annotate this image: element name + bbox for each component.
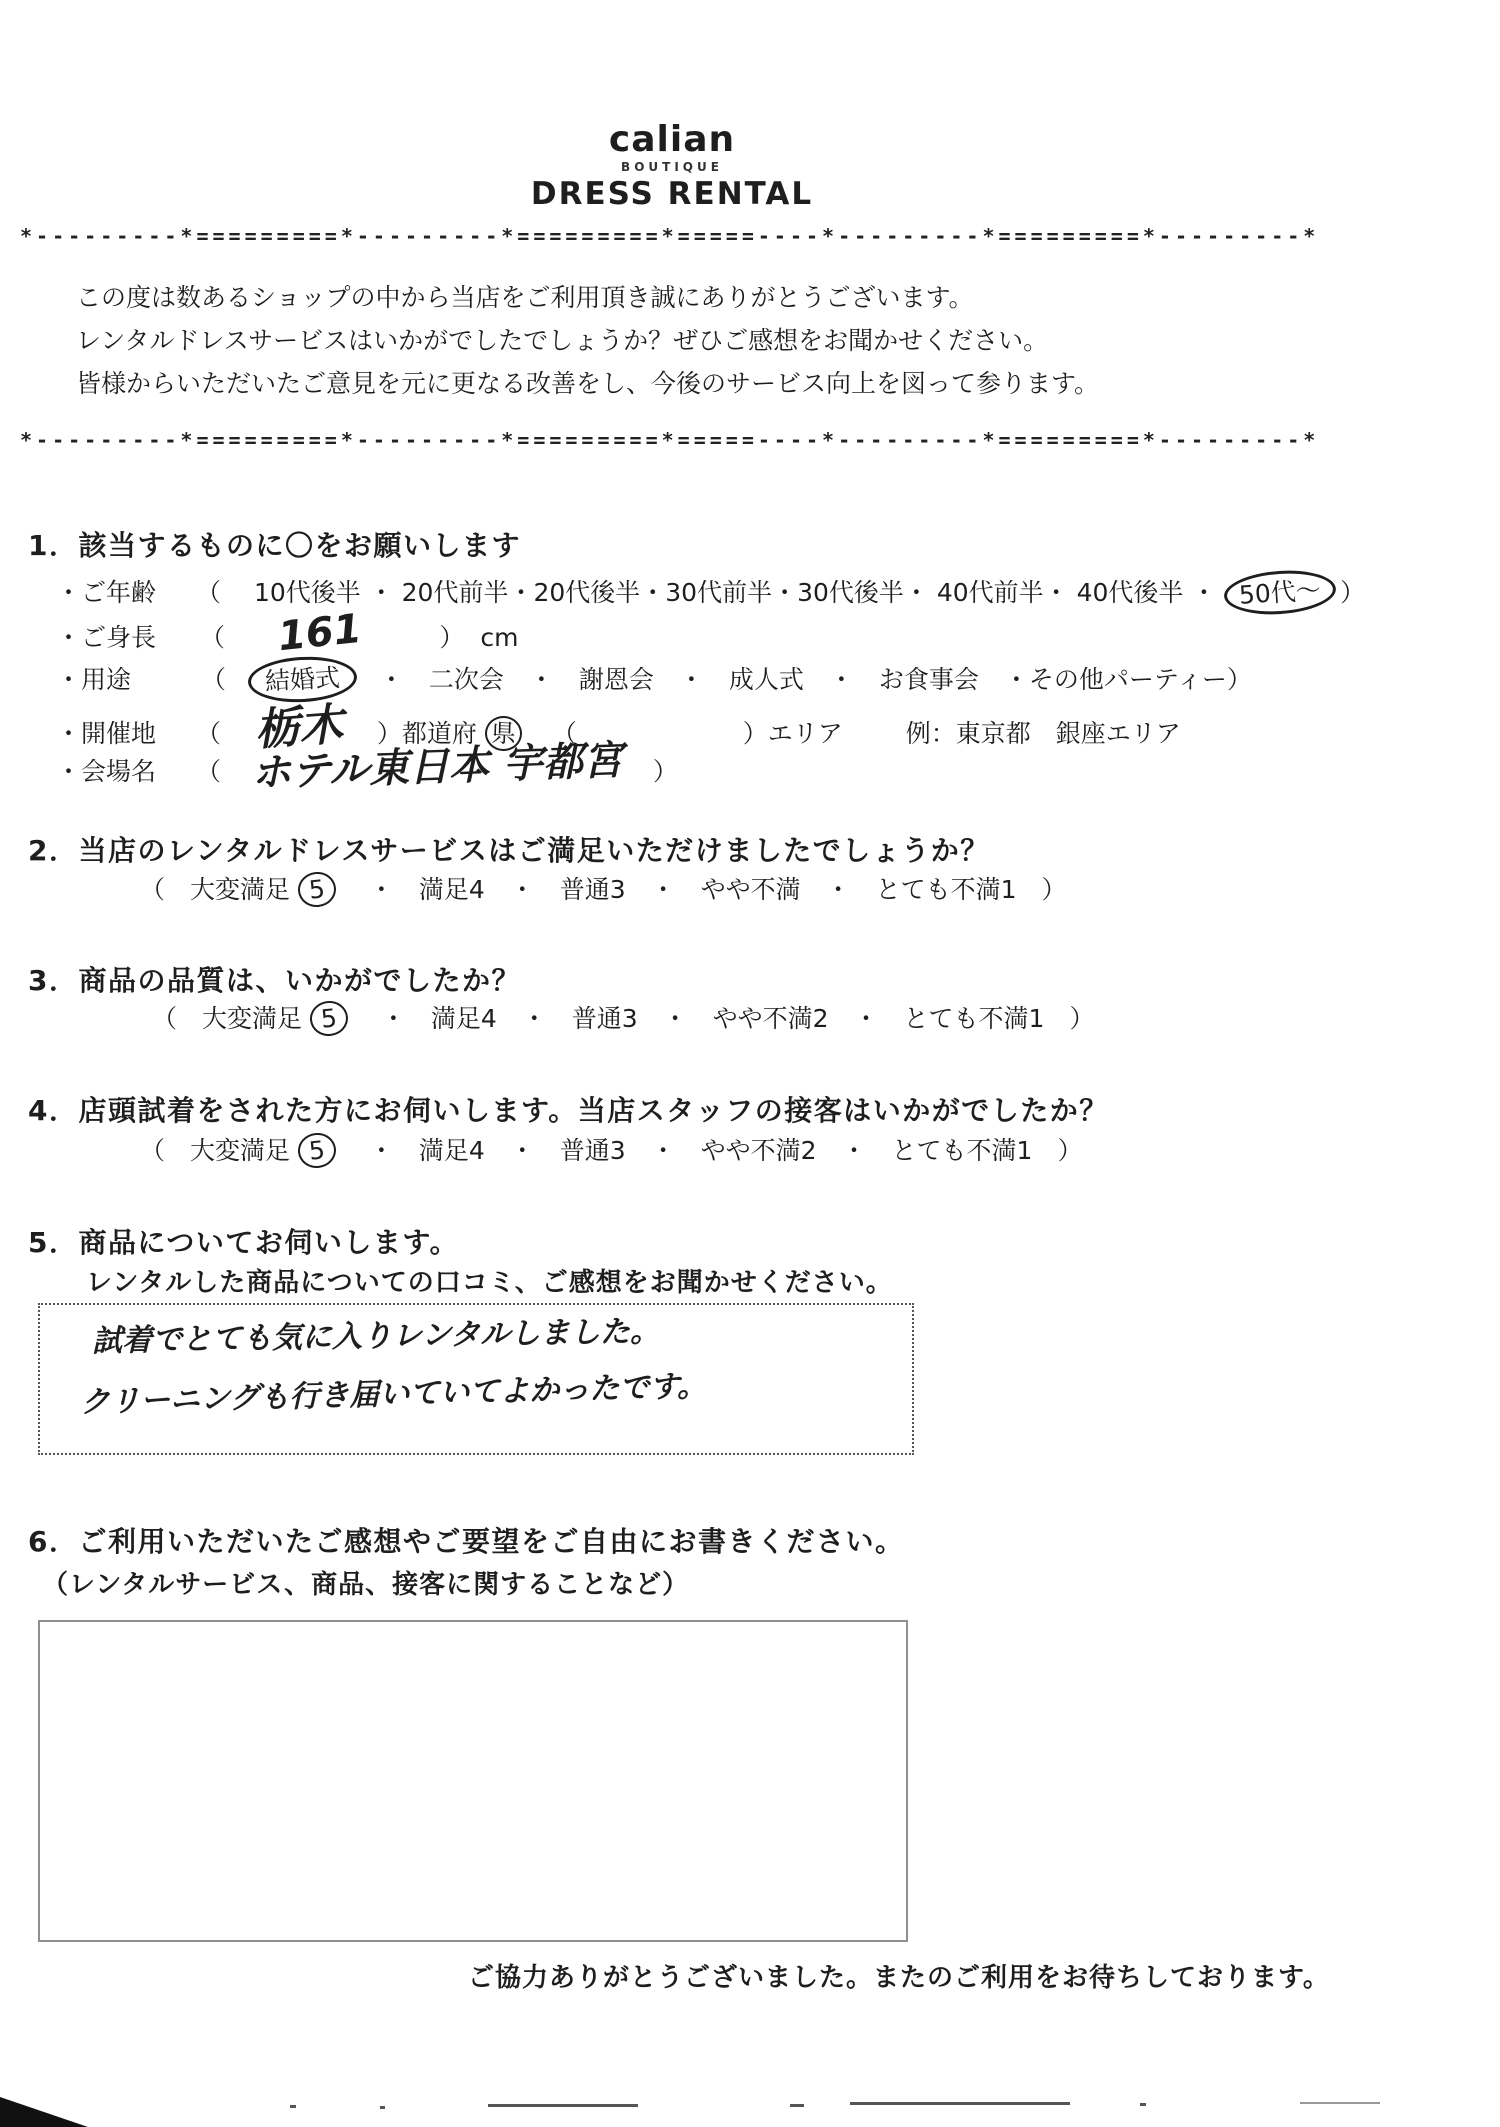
q5-comment-line-1: 試着でとても気に入りレンタルしました。 bbox=[92, 1314, 661, 1360]
header: calian BOUTIQUE DRESS RENTAL bbox=[0, 122, 1344, 210]
q1-venue-row: ・会場名 （ ホテル東日本 宇都宮 ） bbox=[56, 742, 678, 792]
intro-line-3: 皆様からいただいたご意見を元に更なる改善をし、今後のサービス向上を図って参ります… bbox=[76, 368, 1099, 399]
q1-purpose-label: ・用途 bbox=[56, 665, 131, 694]
q5-comment-box: 試着でとても気に入りレンタルしました。 クリーニングも行き届いていてよかったです… bbox=[38, 1303, 914, 1455]
separator-bottom: *---------*=========*---------*=========… bbox=[20, 428, 1319, 452]
q2-options-pre: （ 大変満足 bbox=[140, 875, 290, 904]
q6-heading: 6．ご利用いただいたご感想やご要望をご自由にお書きください。 bbox=[28, 1520, 905, 1560]
q1-venue-label: ・会場名 bbox=[56, 757, 156, 786]
q1-purpose-row: ・用途 （ 結婚式 ・ 二次会 ・ 謝恩会 ・ 成人式 ・ お食事会 ・その他パ… bbox=[56, 657, 1252, 702]
q1-age-label: ・ご年齢 bbox=[56, 578, 156, 607]
q3-options-pre: （ 大変満足 bbox=[152, 1004, 302, 1033]
brand-logo: calian bbox=[0, 122, 1344, 158]
q2-options-post: ・ 満足4 ・ 普通3 ・ やや不満 ・ とても不満1 ） bbox=[344, 875, 1067, 904]
separator-top: *---------*=========*---------*=========… bbox=[20, 224, 1319, 248]
q1-age-paren-open: （ bbox=[196, 578, 246, 607]
scan-artifact-line bbox=[1300, 2102, 1380, 2104]
footer-note: ご協力ありがとうございました。またのご利用をお待ちしております。 bbox=[468, 1957, 1330, 1994]
q1-height-row: ・ご身長 （ 161 ） cm bbox=[56, 608, 518, 658]
q4-options-post: ・ 満足4 ・ 普通3 ・ やや不満2 ・ とても不満1 ） bbox=[344, 1136, 1083, 1165]
q2-heading: 2．当店のレンタルドレスサービスはご満足いただけましたでしょうか？ bbox=[28, 829, 990, 869]
q1-venue-paren-close: ） bbox=[653, 757, 678, 786]
q4-options-pre: （ 大変満足 bbox=[140, 1136, 290, 1165]
q4-heading: 4．店頭試着をされた方にお伺いします。当店スタッフの接客はいかがでしたか？ bbox=[28, 1089, 1109, 1129]
brand-logo-subtitle: BOUTIQUE bbox=[0, 161, 1344, 173]
q1-location-example: 例：東京都 銀座エリア bbox=[906, 719, 1181, 748]
q1-venue-paren-open: （ bbox=[196, 757, 221, 786]
q2-options-row: （ 大変満足 5 ・ 満足4 ・ 普通3 ・ やや不満 ・ とても不満1 ） bbox=[140, 872, 1067, 907]
q1-height-value: 161 bbox=[276, 604, 364, 662]
q1-height-label: ・ご身長 bbox=[56, 623, 156, 652]
q1-venue-value: ホテル東日本 宇都宮 bbox=[250, 736, 623, 799]
q3-options-post: ・ 満足4 ・ 普通3 ・ やや不満2 ・ とても不満1 ） bbox=[356, 1004, 1095, 1033]
q4-options-row: （ 大変満足 5 ・ 満足4 ・ 普通3 ・ やや不満2 ・ とても不満1 ） bbox=[140, 1133, 1082, 1168]
q6-answer-box bbox=[38, 1620, 908, 1942]
scan-artifact-dot bbox=[790, 2104, 804, 2107]
q1-location-area-close: ）エリア bbox=[743, 719, 843, 748]
q3-heading: 3．商品の品質は、いかがでしたか？ bbox=[28, 959, 521, 999]
q1-purpose-paren-open: （ bbox=[201, 665, 226, 694]
q5-subheading: レンタルした商品についての口コミ、ご感想をお聞かせください。 bbox=[86, 1262, 893, 1299]
scan-artifact-dot bbox=[290, 2105, 296, 2108]
scan-artifact-line bbox=[488, 2104, 638, 2107]
form-title: DRESS RENTAL bbox=[0, 179, 1344, 210]
q2-selected-circle: 5 bbox=[296, 870, 337, 909]
q5-comment-line-2: クリーニングも行き届いていてよかったです。 bbox=[80, 1369, 708, 1421]
q1-purpose-options: ・ 二次会 ・ 謝恩会 ・ 成人式 ・ お食事会 ・その他パーティー） bbox=[379, 665, 1252, 694]
q1-height-paren-close: ） bbox=[439, 623, 464, 652]
q1-age-options: 10代後半 ・ 20代前半・20代後半・30代前半・30代後半・ 40代前半・ … bbox=[254, 578, 1216, 607]
scan-artifact-corner bbox=[0, 2097, 88, 2127]
q1-age-paren-close: ） bbox=[1340, 578, 1365, 607]
q1-heading: 1．該当するものに〇をお願いします bbox=[28, 524, 521, 564]
survey-form-page: calian BOUTIQUE DRESS RENTAL *---------*… bbox=[0, 0, 1500, 2127]
q1-height-paren-open: （ bbox=[200, 623, 225, 652]
q3-selected-circle: 5 bbox=[308, 999, 349, 1038]
scan-artifact-line bbox=[850, 2102, 1070, 2105]
scan-artifact-dot bbox=[1140, 2103, 1146, 2106]
q5-heading: 5．商品についてお伺いします。 bbox=[28, 1221, 459, 1261]
q1-purpose-selected-circle: 結婚式 bbox=[247, 654, 358, 705]
intro-line-1: この度は数あるショップの中から当店をご利用頂き誠にありがとうございます。 bbox=[76, 282, 974, 313]
q3-options-row: （ 大変満足 5 ・ 満足4 ・ 普通3 ・ やや不満2 ・ とても不満1 ） bbox=[152, 1001, 1094, 1036]
q1-height-unit: cm bbox=[480, 623, 518, 652]
scan-artifact-dot bbox=[380, 2106, 385, 2109]
q1-age-selected-circle: 50代～ bbox=[1223, 567, 1338, 618]
q6-subheading: （レンタルサービス、商品、接客に関することなど） bbox=[42, 1564, 689, 1601]
intro-line-2: レンタルドレスサービスはいかがでしたでしょうか？ぜひご感想をお聞かせください。 bbox=[76, 325, 1048, 356]
q4-selected-circle: 5 bbox=[296, 1131, 337, 1170]
